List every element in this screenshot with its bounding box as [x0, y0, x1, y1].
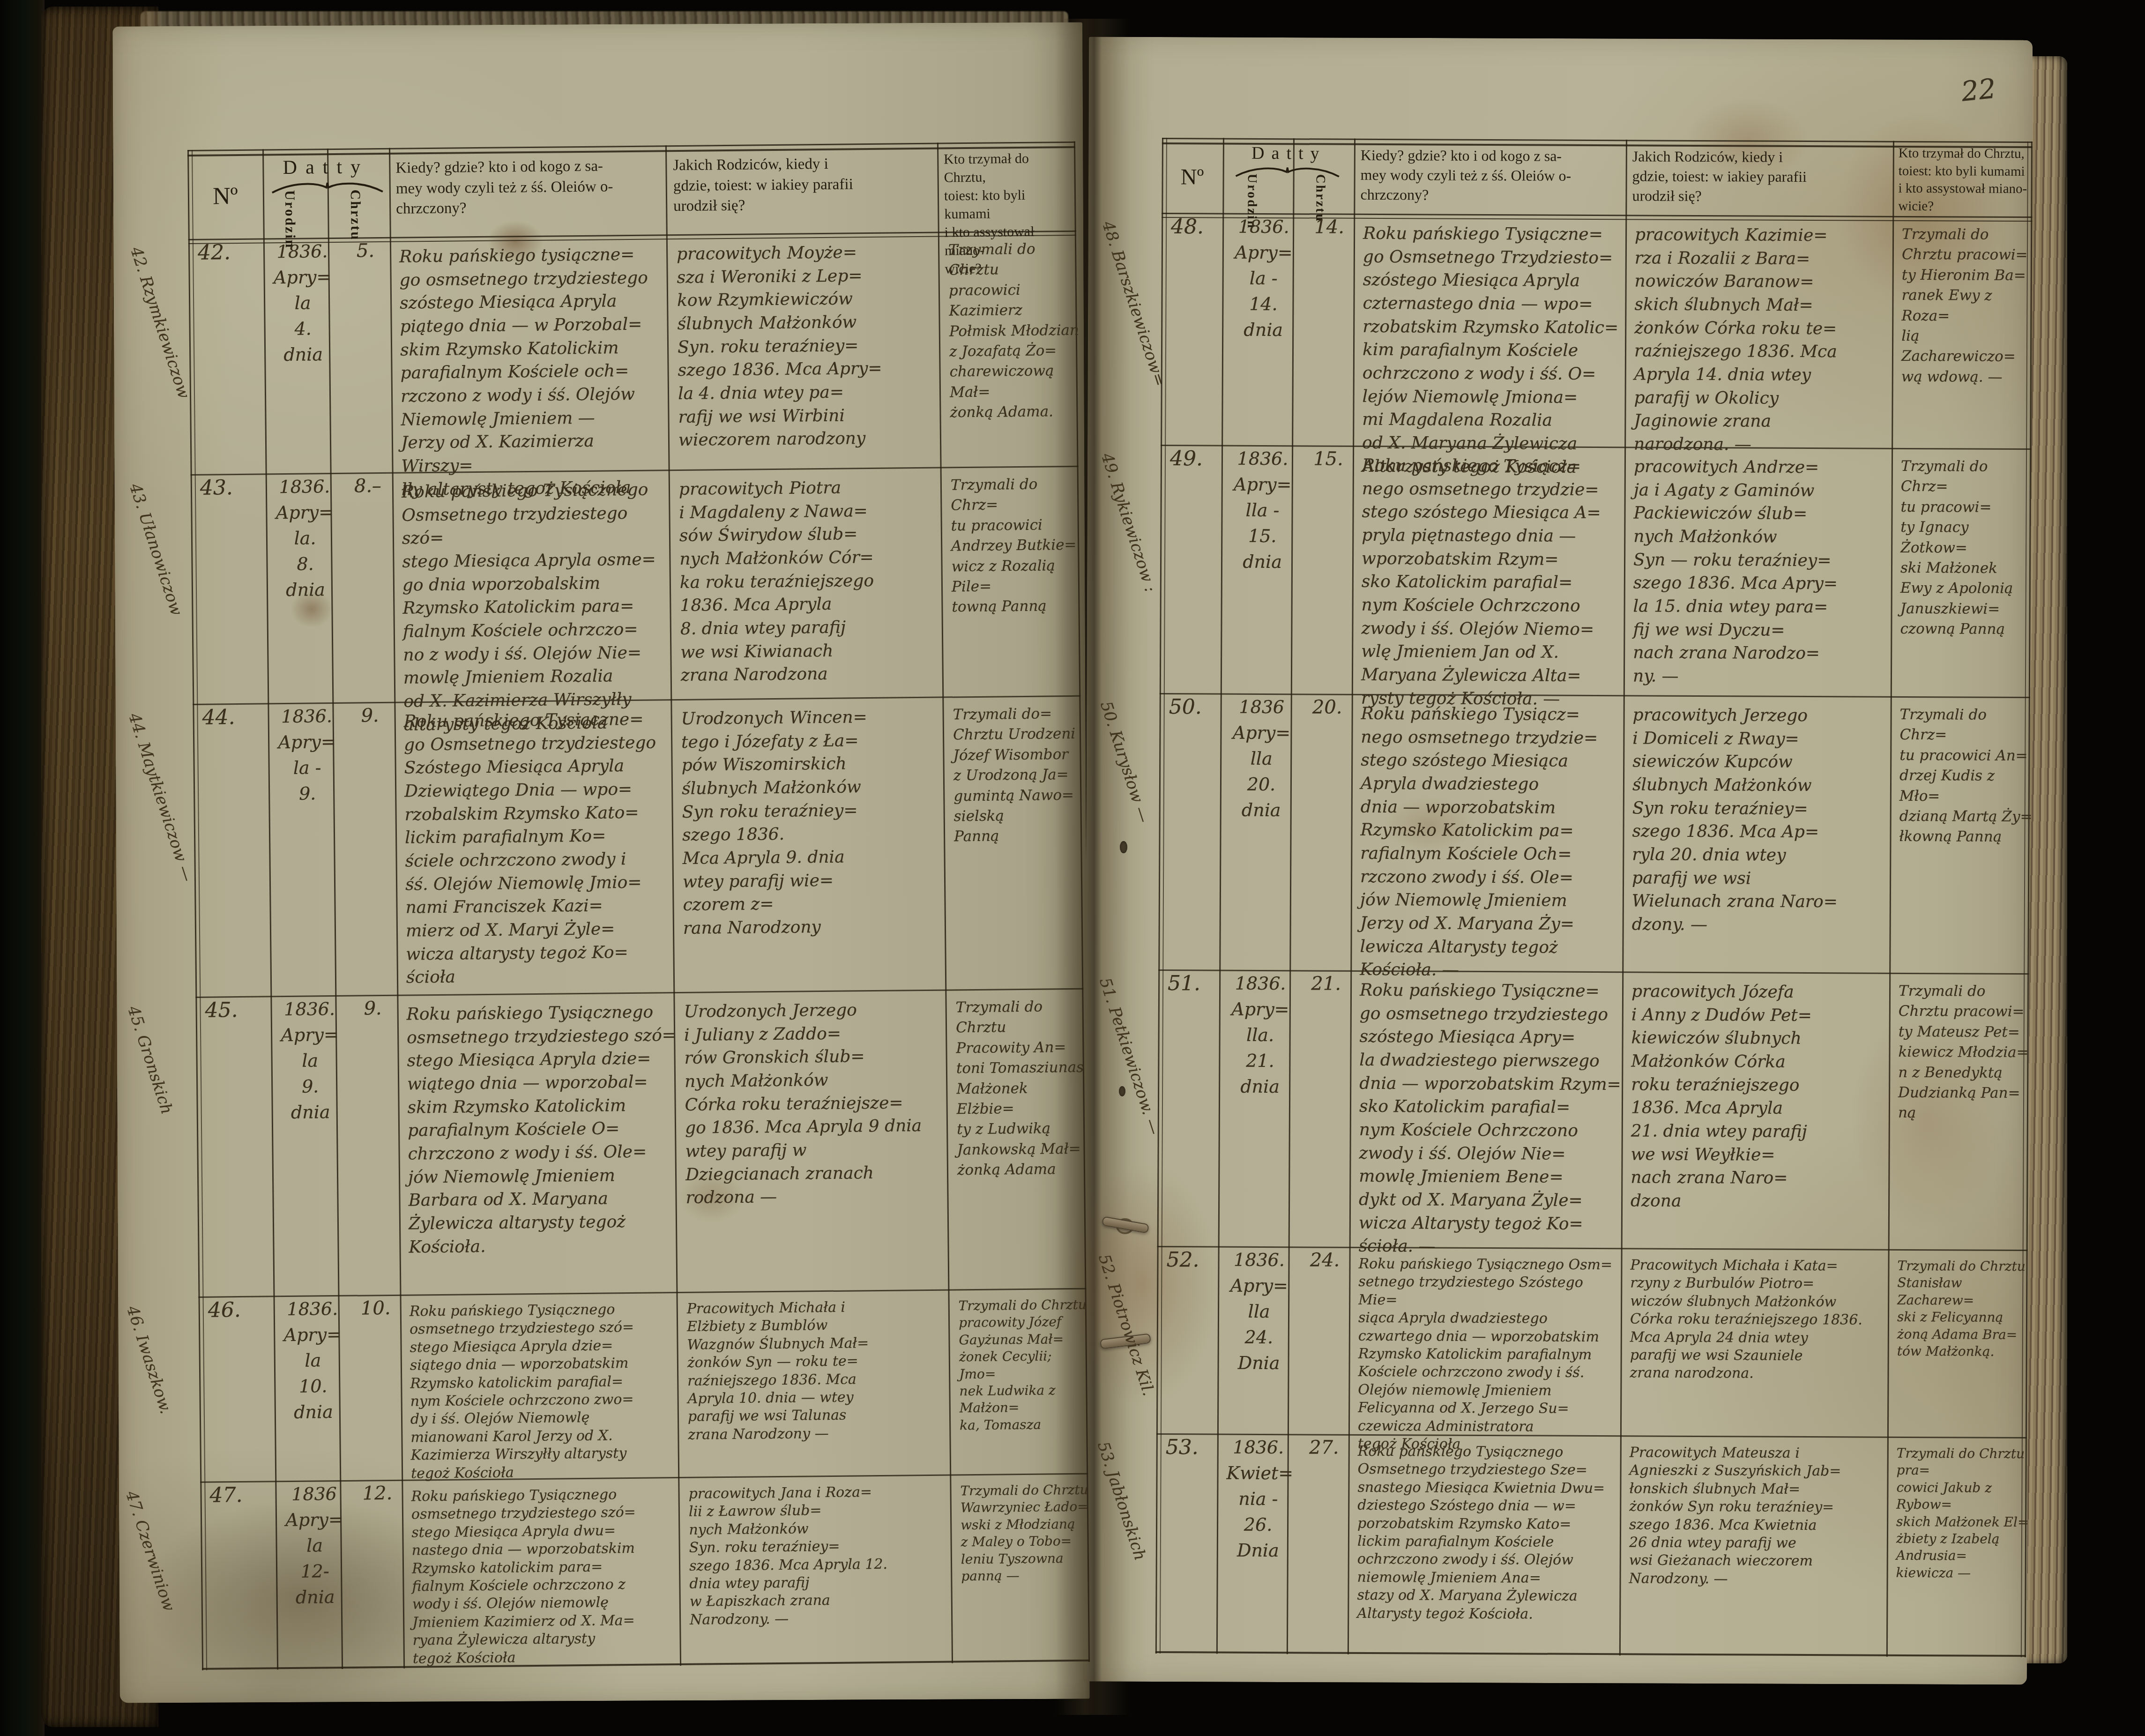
baptism-day: 9. — [335, 702, 405, 995]
when-where-text: Roku pańskiego Tysiącznego osmsetnego tr… — [402, 1292, 685, 1480]
dnia-flourish: dnia — [286, 580, 325, 601]
when-where-text: Roku pańskiego Tysiącznego Osm= setnego … — [1351, 1247, 1629, 1436]
parents-text: Pracowitych Michała i Kata= rzyny z Burb… — [1623, 1248, 1896, 1437]
when-where-text: Roku pańskiego Tysiącz= nego osmsetnego … — [1355, 446, 1632, 695]
entry-row-44: 44. 1836. Apry= la - 9. 9. Roku pańskieg… — [193, 695, 1083, 998]
when-where-text: Roku pańskiego Tysiącznego Osmsetnego tr… — [395, 469, 678, 702]
margin-note: 44. Maytkiewiczow — — [125, 711, 197, 884]
godparents-text: Trzymali do Chrztu Stanisław Zacharew= s… — [1890, 1249, 2035, 1437]
dnia-flourish: dnia — [283, 344, 323, 365]
entry-row-52: 52. 1836. Apry= lla 24.Dnia 24. Roku pań… — [1156, 1246, 2028, 1438]
entry-row-51: 51. 1836. Apry= lla. 21.dnia 21. Roku pa… — [1157, 969, 2029, 1251]
godparents-text: Trzymali do Chrztu pra= cowici Jakub z R… — [1889, 1437, 2034, 1655]
entry-number: 53. — [1158, 1433, 1226, 1652]
baptism-day: 24. — [1290, 1246, 1357, 1434]
col-parents-header: Jakich Rodziców, kiedy i gdzie, toiest: … — [1632, 146, 1888, 207]
birth-date-text: 1836. Apry= la 10. — [283, 1298, 342, 1397]
margin-note: 48. Barszkiewiczow= — [1098, 219, 1169, 389]
birth-date-text: 1836 Apry= lla 20. — [1233, 697, 1290, 795]
book-scan: 22 42. Rzymkiewiczow 43. Ułanowiczow 44.… — [0, 0, 2145, 1736]
left-page-content: 42. Rzymkiewiczow 43. Ułanowiczow 44. Ma… — [116, 24, 1086, 1701]
margin-note: 46. Iwaszkow. — [123, 1304, 175, 1416]
baptism-day: 27. — [1289, 1434, 1356, 1652]
when-where-text: Roku pańskiego Tysiączne= go Osmsetnego … — [1356, 214, 1633, 447]
when-where-text: Roku pańskiego Tysiącznego osmsetnego tr… — [404, 1477, 687, 1665]
godparents-text: Trzymali do Chrztu pracowity Józef Gayżu… — [952, 1288, 1095, 1475]
birth-date-text: 1836 Apry= la 12- — [285, 1483, 343, 1582]
baptism-day: 8.– — [333, 472, 403, 702]
birth-date: 1836. Apry= lla 24.Dnia — [1220, 1246, 1296, 1434]
entry-number: 49. — [1162, 445, 1230, 693]
godparents-text: Trzymali do Chrz= tu pracowici An= drzej… — [1892, 696, 2038, 973]
entry-number: 45. — [198, 996, 282, 1296]
dnia-flourish: dnia — [1244, 320, 1283, 340]
baptism-day: 15. — [1294, 445, 1360, 694]
entry-row-47: 47. 1836 Apry= la 12-dnia 12. Roku pańsk… — [200, 1473, 1090, 1667]
parents-text: pracowitych Kazimie= rza i Rozalii z Bar… — [1627, 215, 1900, 448]
parents-text: pracowitych Józefa i Anny z Dudów Pet= k… — [1624, 971, 1897, 1249]
margin-note: 51. Petkiewiczow. — — [1095, 976, 1164, 1137]
entry-number: 46. — [201, 1296, 283, 1482]
godparents-text: Trzymali do Chrztu Wawrzyniec Łado= wski… — [953, 1473, 1097, 1660]
register-table-left: Nº Datty Urodzin Chrztu Kiedy? gdzie? kt… — [187, 142, 1090, 1670]
entry-number: 44. — [195, 703, 279, 997]
entry-number: 47. — [203, 1481, 285, 1667]
dnia-flourish: dnia — [1242, 800, 1281, 820]
baptism-day: 12. — [343, 1480, 412, 1665]
margin-note: 43. Ułanowiczow — [126, 481, 186, 618]
table-header: Nº Datty Urodzin Chrztu Kiedy? gdzie? kt… — [1162, 138, 2033, 216]
birth-date-text: 1836. Apry= lla 24. — [1230, 1250, 1288, 1348]
entry-row-49: 49. 1836. Apry= lla - 15.dnia 15. Roku p… — [1160, 445, 2031, 698]
birth-date: 1836. Apry= la - 14.dnia — [1224, 213, 1300, 446]
parents-text: Pracowitych Michała i Elżbiety z Bumblów… — [680, 1289, 957, 1477]
when-where-text: Roku pańskiego Tysiącznego osmsetnego tr… — [400, 992, 684, 1295]
birth-date-text: 1836. Apry= lla. 21. — [1231, 973, 1289, 1072]
margin-note: 42. Rzymkiewiczow — [127, 245, 193, 401]
birth-date-text: 1836. Apry= la - 14. — [1235, 216, 1292, 315]
margin-note: 52. Piotrowicz Kil. — [1095, 1252, 1158, 1398]
entry-row-43: 43. 1836. Apry= la. 8.dnia 8.– Roku pańs… — [191, 466, 1081, 705]
baptism-day: 20. — [1292, 693, 1359, 970]
margin-note: 47. Czerwiniow — [122, 1489, 179, 1614]
godparents-text: Trzymali do Chrztu Pracowity An= toni To… — [949, 988, 1093, 1289]
margin-note: 53. Jabłonskich — [1094, 1439, 1150, 1563]
col-no-header: Nº — [1165, 164, 1220, 190]
entry-number: 51. — [1160, 969, 1228, 1246]
birth-date: 1836. Apry= lla - 15.dnia — [1223, 445, 1299, 694]
baptism-day: 21. — [1291, 970, 1358, 1247]
birth-date-text: 1836. Apry= la - 9. — [278, 706, 336, 804]
parents-text: Urodzonych Wincen= tego i Józefaty z Ła=… — [674, 696, 953, 992]
parents-text: pracowitych Jana i Roza= lii z Ławrow śl… — [682, 1474, 959, 1662]
entry-row-53: 53. 1836. Kwiet= nia - 26.Dnia 27. Roku … — [1155, 1433, 2027, 1655]
margin-note: 50. Kurysłow — — [1096, 699, 1153, 825]
when-where-text: Roku pańskiego Tysiącznego Osmsetnego tr… — [1350, 1434, 1628, 1654]
dnia-flourish: dnia — [1240, 1076, 1280, 1097]
birth-date: 1836. Apry= lla. 21.dnia — [1221, 970, 1297, 1247]
when-where-text: Roku pańskiego Tysiączne= go Osmsetnego … — [397, 699, 681, 995]
baptism-day: 14. — [1295, 213, 1361, 446]
when-where-text: Roku pańskiego tysiączne= go osmsetnego … — [393, 234, 676, 472]
birth-date-text: 1836. Apry= la 4. — [274, 241, 332, 339]
right-page-content: 48. Barszkiewiczow= 49. Rykiewiczow : 50… — [1086, 38, 2030, 1683]
birth-date: 1836 Apry= lla 20.dnia — [1222, 693, 1298, 970]
entry-row-48: 48. 1836. Apry= la - 14.dnia 14. Roku pa… — [1161, 213, 2032, 450]
godparents-text: Trzymali do Chrz= tu pracowi= ty Ignacy … — [1893, 448, 2039, 697]
entry-number: 43. — [194, 473, 276, 704]
birth-date: 1836. Apry= la 10.dnia — [276, 1295, 348, 1481]
entry-row-50: 50. 1836 Apry= lla 20.dnia 20. Roku pańs… — [1158, 693, 2030, 975]
entry-number: 52. — [1159, 1246, 1227, 1434]
baptism-day: 9. — [338, 995, 408, 1295]
col-datty-header: Datty — [1226, 143, 1352, 164]
margin-note: 49. Rykiewiczow : — [1097, 451, 1160, 595]
baptism-day: 10. — [341, 1295, 410, 1480]
dnia-flourish: Dnia — [1237, 1540, 1279, 1561]
entry-row-46: 46. 1836. Apry= la 10.dnia 10. Roku pańs… — [198, 1288, 1088, 1483]
birth-date-text: 1836. Apry= la. 8. — [276, 476, 334, 574]
dnia-flourish: dnia — [291, 1102, 330, 1123]
entry-number: 48. — [1163, 213, 1231, 445]
col-when-header: Kiedy? gdzie? kto i od kogo z sa- mey wo… — [395, 156, 661, 219]
birth-date: 1836. Kwiet= nia - 26.Dnia — [1219, 1434, 1295, 1652]
table-header: Nº Datty Urodzin Chrztu Kiedy? gdzie? kt… — [187, 142, 1076, 239]
col-parents-header: Jakich Rodziców, kiedy i gdzie, toiest: … — [673, 153, 934, 217]
birth-date-text: 1836. Kwiet= nia - 26. — [1226, 1437, 1293, 1535]
parents-text: pracowitych Jerzego i Domiceli z Rway= s… — [1625, 695, 1898, 973]
col-datty-header: Datty — [265, 156, 386, 179]
margin-note: 45. Gronskich — [124, 1004, 176, 1117]
dnia-flourish: dnia — [1243, 551, 1282, 572]
godparents-text: Trzymali do Chrztu pracowi= ty Mateusz P… — [1891, 973, 2037, 1250]
birth-date: 1836. Apry= la. 8.dnia — [268, 473, 341, 703]
col-no-header: Nº — [191, 182, 261, 210]
parents-text: pracowitych Piotra i Magdaleny z Nawa= s… — [672, 467, 950, 699]
entry-row-45: 45. 1836. Apry= la 9.dnia 9. Roku pański… — [195, 988, 1086, 1298]
parents-text: pracowitych Andrze= ja i Agaty z Gaminów… — [1626, 447, 1899, 696]
book-cover-edge — [0, 0, 45, 1736]
when-where-text: Roku pańskiego Tysiączne= go osmsetnego … — [1352, 970, 1630, 1248]
entry-row-42: 42. 1836. Apry= la 4.dnia 5. Roku pański… — [188, 231, 1079, 476]
dnia-flourish: dnia — [296, 1587, 335, 1608]
dnia-flourish: Dnia — [1238, 1353, 1280, 1373]
entry-number: 42. — [191, 238, 274, 474]
godparents-text: Trzymali do Chrz= tu pracowici Andrzey B… — [944, 466, 1088, 697]
birth-date: 1836 Apry= la 12-dnia — [278, 1480, 350, 1666]
register-table-right: Nº Datty Urodzin Chrztu Kiedy? gdzie? kt… — [1155, 138, 2033, 1657]
birth-date: 1836. Apry= la 4.dnia — [266, 238, 339, 473]
godparents-text: Trzymali do= Chrztu Urodzeni Józef Wisom… — [946, 695, 1090, 990]
entry-number: 50. — [1161, 693, 1229, 970]
col-when-header: Kiedy? gdzie? kto i od kogo z sa- mey wo… — [1360, 145, 1621, 206]
when-where-text: Roku pańskiego Tysiącz= nego osmsetnego … — [1353, 694, 1631, 972]
birth-date-text: 1836. Apry= lla - 15. — [1234, 448, 1291, 547]
birth-date-text: 1836. Apry= la 9. — [281, 998, 339, 1097]
godparents-text: Trzymali do Chrztu pracowi= ty Hieronim … — [1894, 216, 2040, 448]
birth-date: 1836. Apry= la 9.dnia — [273, 995, 346, 1296]
parents-text: Urodzonych Jerzego i Juliany z Zaddo= ró… — [677, 989, 955, 1292]
birth-date: 1836. Apry= la - 9. — [270, 702, 343, 996]
baptism-day: 5. — [331, 237, 401, 473]
col-godparents-header: Kto trzymał do Chrztu, toiest: kto byli … — [1898, 145, 2028, 216]
dnia-flourish: dnia — [294, 1402, 333, 1423]
godparents-text: Trzymali do Chrztu pracowici Kazimierz P… — [942, 231, 1086, 467]
parents-text: pracowitych Moyże= sza i Weroniki z Lep=… — [670, 231, 948, 469]
parents-text: Pracowitych Mateusza i Agnieszki z Suszy… — [1622, 1435, 1895, 1654]
